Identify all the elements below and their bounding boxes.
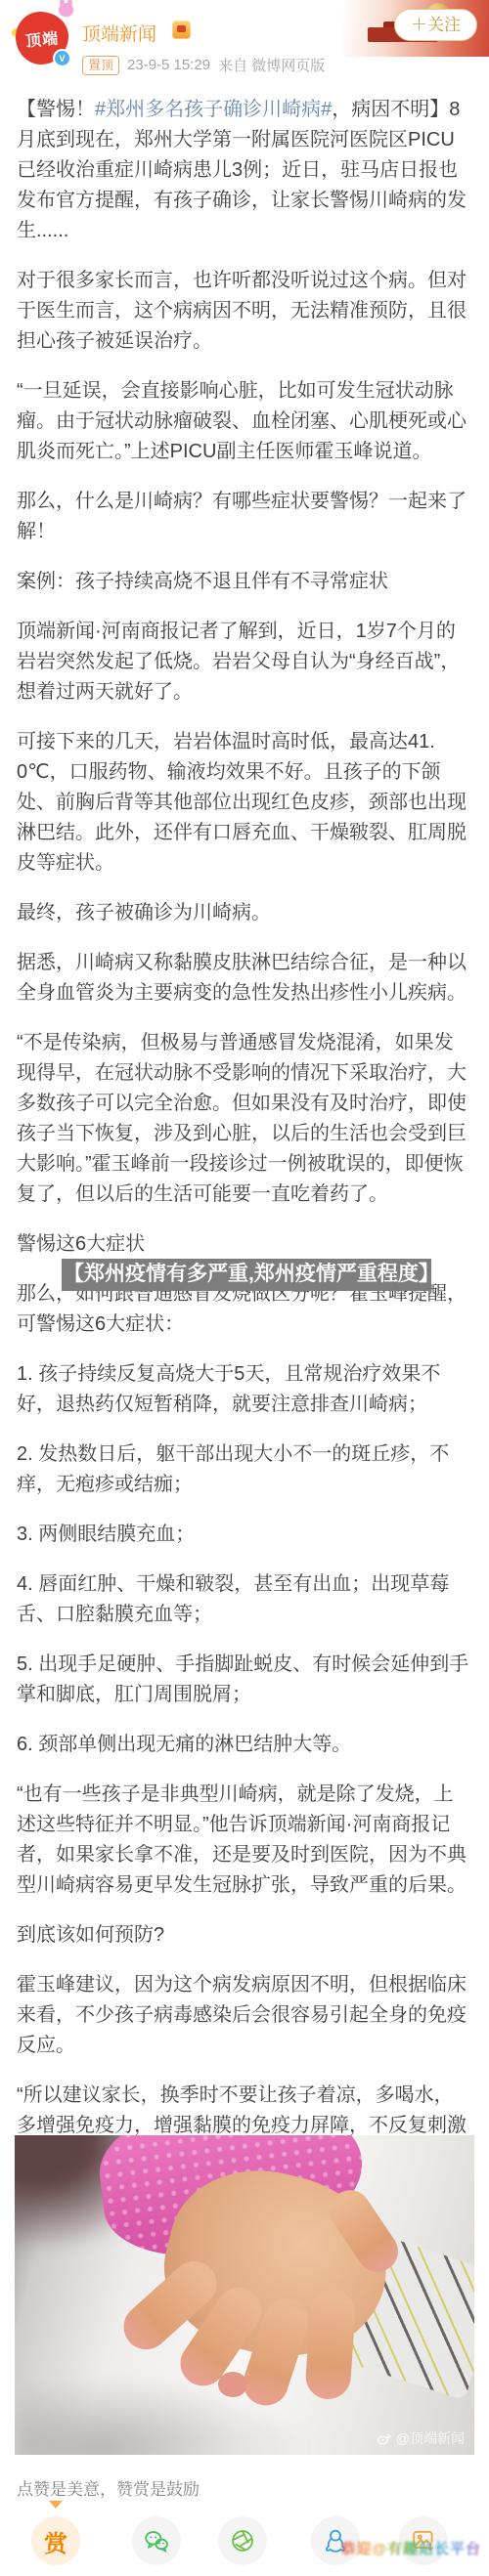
paragraph: 霍玉峰建议，因为这个病发病原因不明，但根据临床来看，不少孩子病毒感染后会很容易引… bbox=[17, 1970, 472, 2061]
paragraph: “不是传染病，但极易与普通感冒发烧混淆，如果发现得早，在冠状动脉不受影响的情况下… bbox=[17, 1028, 472, 1210]
verified-badge-icon: V bbox=[53, 49, 71, 67]
article-photo[interactable]: @顶端新闻 bbox=[15, 2135, 474, 2455]
paragraph: 可接下来的几天，岩岩体温时高时低，最高达41.0℃，口服药物、输液均效果不好。且… bbox=[17, 727, 472, 879]
avatar-text: 顶端 bbox=[24, 25, 60, 51]
paragraph: 案例：孩子持续高烧不退且伴有不寻常症状 bbox=[17, 567, 472, 597]
moments-icon bbox=[229, 2527, 256, 2555]
weibo-post-page: 顶端 V 顶端新闻 置顶 23-9-5 15:29 来自 微博网页版 ＋关注 【… bbox=[0, 0, 489, 2576]
paragraph: 6. 颈部单侧出现无痛的淋巴结肿大等。 bbox=[17, 1730, 472, 1760]
avatar[interactable]: 顶端 V bbox=[16, 12, 68, 64]
weibo-logo-icon bbox=[377, 2430, 392, 2446]
paragraph: 警惕这6大症状 bbox=[17, 1229, 472, 1260]
tip-arrow-icon bbox=[49, 2501, 63, 2509]
paragraph: 2. 发热数日后，躯干部出现大小不一的斑丘疹，不痒，无疱疹或结痂； bbox=[17, 1439, 472, 1500]
paragraph: 1. 孩子持续反复高烧大于5天，且常规治疗效果不好，退热药仅短暂稍降，就要注意排… bbox=[17, 1359, 472, 1420]
account-name[interactable]: 顶端新闻 bbox=[82, 20, 156, 46]
hashtag-link[interactable]: #郑州多名孩子确诊川崎病# bbox=[95, 99, 332, 120]
article-body: 【警惕！#郑州多名孩子确诊川崎病#，病因不明】8月底到现在，郑州大学第一附属医院… bbox=[17, 95, 472, 2202]
photo-watermark-text: @顶端新闻 bbox=[396, 2428, 465, 2448]
paragraph: 顶端新闻·河南商报记者了解到，近日，1岁7个月的岩岩突然发起了低烧。岩岩父母自认… bbox=[17, 617, 472, 708]
paragraph-text: 【警惕！ bbox=[17, 99, 95, 120]
pinned-tag: 置顶 bbox=[82, 56, 119, 75]
reward-glyph: 赏 bbox=[44, 2524, 67, 2558]
paragraph: 据悉，川崎病又称黏膜皮肤淋巴结综合征，是一种以全身血管炎为主要病变的急性发热出疹… bbox=[17, 948, 472, 1009]
peeling-fingertip bbox=[218, 2372, 247, 2397]
seo-overlay-caption: 【郑州疫情有多严重,郑州疫情严重程度】 bbox=[62, 1259, 431, 1291]
photo-watermark: @顶端新闻 bbox=[377, 2428, 465, 2448]
paragraph: “也有一些孩子是非典型川崎病，就是除了发烧，上述这些特征并不明显。”他告诉顶端新… bbox=[17, 1780, 472, 1901]
baby-finger bbox=[304, 2289, 357, 2401]
wechat-icon bbox=[143, 2527, 170, 2555]
paragraph: 那么，什么是川崎病？有哪些症状要警惕？一起来了解！ bbox=[17, 487, 472, 547]
reward-tip-text: 点赞是美意，赞赏是鼓励 bbox=[17, 2475, 200, 2500]
paragraph: 【警惕！#郑州多名孩子确诊川崎病#，病因不明】8月底到现在，郑州大学第一附属医院… bbox=[17, 95, 472, 246]
wechat-share-button[interactable] bbox=[132, 2516, 181, 2565]
paragraph: 5. 出现手足硬肿、手指脚趾蜕皮、有时候会延伸到手掌和脚底，肛门周围脱屑； bbox=[17, 1650, 472, 1710]
moments-share-button[interactable] bbox=[218, 2516, 267, 2565]
follow-button[interactable]: ＋关注 bbox=[394, 9, 477, 41]
paragraph: 最终，孩子被确诊为川崎病。 bbox=[17, 898, 472, 928]
paragraph: 3. 两侧眼结膜充血； bbox=[17, 1520, 472, 1550]
mascot-decoration bbox=[59, 3, 73, 17]
site-watermark: 恭迎@有趣站长平台 bbox=[340, 2538, 481, 2558]
post-meta: 置顶 23-9-5 15:29 来自 微博网页版 bbox=[82, 55, 325, 75]
paragraph: 4. 唇面红肿、干燥和皲裂，甚至有出血；出现草莓舌、口腔黏膜充血等； bbox=[17, 1569, 472, 1630]
paragraph: 对于很多家长而言，也许听都没听说过这个病。但对于医生而言，这个病病因不明，无法精… bbox=[17, 266, 472, 357]
post-source[interactable]: 来自 微博网页版 bbox=[218, 55, 325, 75]
reward-button[interactable]: 赏 bbox=[31, 2516, 80, 2565]
timestamp: 23-9-5 15:29 bbox=[127, 57, 210, 73]
vip-medal-icon bbox=[172, 21, 191, 39]
paragraph: “一旦延误，会直接影响心脏，比如可发生冠状动脉瘤。由于冠状动脉瘤破裂、血栓闭塞、… bbox=[17, 376, 472, 467]
paragraph: 到底该如何预防? bbox=[17, 1920, 472, 1951]
